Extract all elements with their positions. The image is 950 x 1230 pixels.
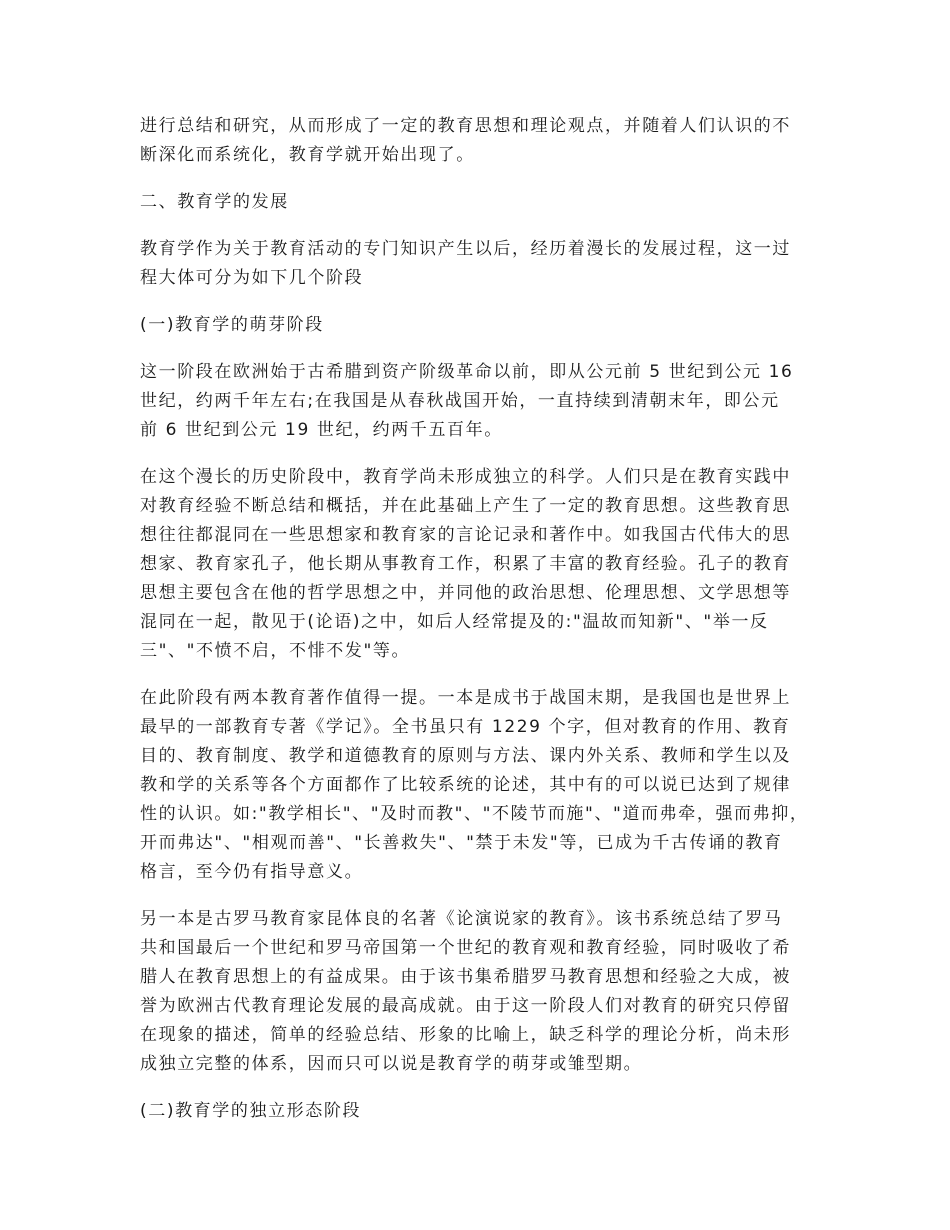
heading-text: (一)教育学的萌芽阶段: [140, 311, 830, 340]
paragraph-quintilian: 另一本是古罗马教育家昆体良的名著《论演说家的教育》。该书系统总结了罗马 共和国最…: [140, 905, 830, 1079]
subsection-heading-sprouting-stage: (一)教育学的萌芽阶段: [140, 311, 830, 340]
paragraph-development-overview: 教育学作为关于教育活动的专门知识产生以后，经历着漫长的发展过程，这一过 程大体可…: [140, 235, 830, 293]
heading-text: (二)教育学的独立形态阶段: [140, 1097, 830, 1126]
text-line: 这一阶段在欧洲始于古希腊到资产阶级革命以前，即从公元前 5 世纪到公元 16: [140, 358, 830, 387]
text-line: 开而弗达"、"相观而善"、"长善救失"、"禁于未发"等，已成为千古传诵的教育: [140, 829, 830, 858]
text-line: 三"、"不愤不启，不悱不发"等。: [140, 637, 830, 666]
paragraph-intro-continuation: 进行总结和研究，从而形成了一定的教育思想和理论观点，并随着人们认识的不 断深化而…: [140, 112, 830, 170]
text-line: 教和学的关系等各个方面都作了比较系统的论述，其中有的可以说已达到了规律: [140, 771, 830, 800]
text-line: 目的、教育制度、教学和道德教育的原则与方法、课内外关系、教师和学生以及: [140, 742, 830, 771]
text-line: 最早的一部教育专著《学记》。全书虽只有 1229 个字，但对教育的作用、教育: [140, 713, 830, 742]
text-line: 想往往都混同在一些思想家和教育家的言论记录和著作中。如我国古代伟大的思: [140, 521, 830, 550]
subsection-heading-independent-stage: (二)教育学的独立形态阶段: [140, 1097, 830, 1126]
text-line: 混同在一起，散见于(论语)之中，如后人经常提及的:"温故而知新"、"举一反: [140, 608, 830, 637]
text-line: 断深化而系统化，教育学就开始出现了。: [140, 141, 830, 170]
text-line: 在这个漫长的历史阶段中，教育学尚未形成独立的科学。人们只是在教育实践中: [140, 463, 830, 492]
paragraph-confucius: 在这个漫长的历史阶段中，教育学尚未形成独立的科学。人们只是在教育实践中 对教育经…: [140, 463, 830, 666]
text-line: 在现象的描述，简单的经验总结、形象的比喻上，缺乏科学的理论分析，尚未形: [140, 1021, 830, 1050]
text-line: 腊人在教育思想上的有益成果。由于该书集希腊罗马教育思想和经验之大成，被: [140, 963, 830, 992]
text-line: 在此阶段有两本教育著作值得一提。一本是成书于战国末期，是我国也是世界上: [140, 684, 830, 713]
text-line: 程大体可分为如下几个阶段: [140, 264, 830, 293]
text-line: 想家、教育家孔子，他长期从事教育工作，积累了丰富的教育经验。孔子的教育: [140, 550, 830, 579]
text-line: 思想主要包含在他的哲学思想之中，并同他的政治思想、伦理思想、文学思想等: [140, 579, 830, 608]
text-line: 前 6 世纪到公元 19 世纪，约两千五百年。: [140, 416, 830, 445]
paragraph-sprouting-timeline: 这一阶段在欧洲始于古希腊到资产阶级革命以前，即从公元前 5 世纪到公元 16 世…: [140, 358, 830, 445]
section-heading-development: 二、教育学的发展: [140, 188, 830, 217]
text-line: 成独立完整的体系，因而只可以说是教育学的萌芽或雏型期。: [140, 1050, 830, 1079]
text-line: 世纪，约两千年左右;在我国是从春秋战国开始，一直持续到清朝末年，即公元: [140, 387, 830, 416]
text-line: 进行总结和研究，从而形成了一定的教育思想和理论观点，并随着人们认识的不: [140, 112, 830, 141]
text-line: 誉为欧洲古代教育理论发展的最高成就。由于这一阶段人们对教育的研究只停留: [140, 992, 830, 1021]
text-line: 格言，至今仍有指导意义。: [140, 858, 830, 887]
text-line: 共和国最后一个世纪和罗马帝国第一个世纪的教育观和教育经验，同时吸收了希: [140, 934, 830, 963]
text-line: 另一本是古罗马教育家昆体良的名著《论演说家的教育》。该书系统总结了罗马: [140, 905, 830, 934]
paragraph-xueji: 在此阶段有两本教育著作值得一提。一本是成书于战国末期，是我国也是世界上 最早的一…: [140, 684, 830, 887]
heading-text: 二、教育学的发展: [140, 188, 830, 217]
text-line: 对教育经验不断总结和概括，并在此基础上产生了一定的教育思想。这些教育思: [140, 492, 830, 521]
text-line: 教育学作为关于教育活动的专门知识产生以后，经历着漫长的发展过程，这一过: [140, 235, 830, 264]
document-page: 进行总结和研究，从而形成了一定的教育思想和理论观点，并随着人们认识的不 断深化而…: [140, 112, 830, 1144]
text-line: 性的认识。如:"教学相长"、"及时而教"、"不陵节而施"、"道而弗牵，强而弗抑，: [140, 800, 830, 829]
